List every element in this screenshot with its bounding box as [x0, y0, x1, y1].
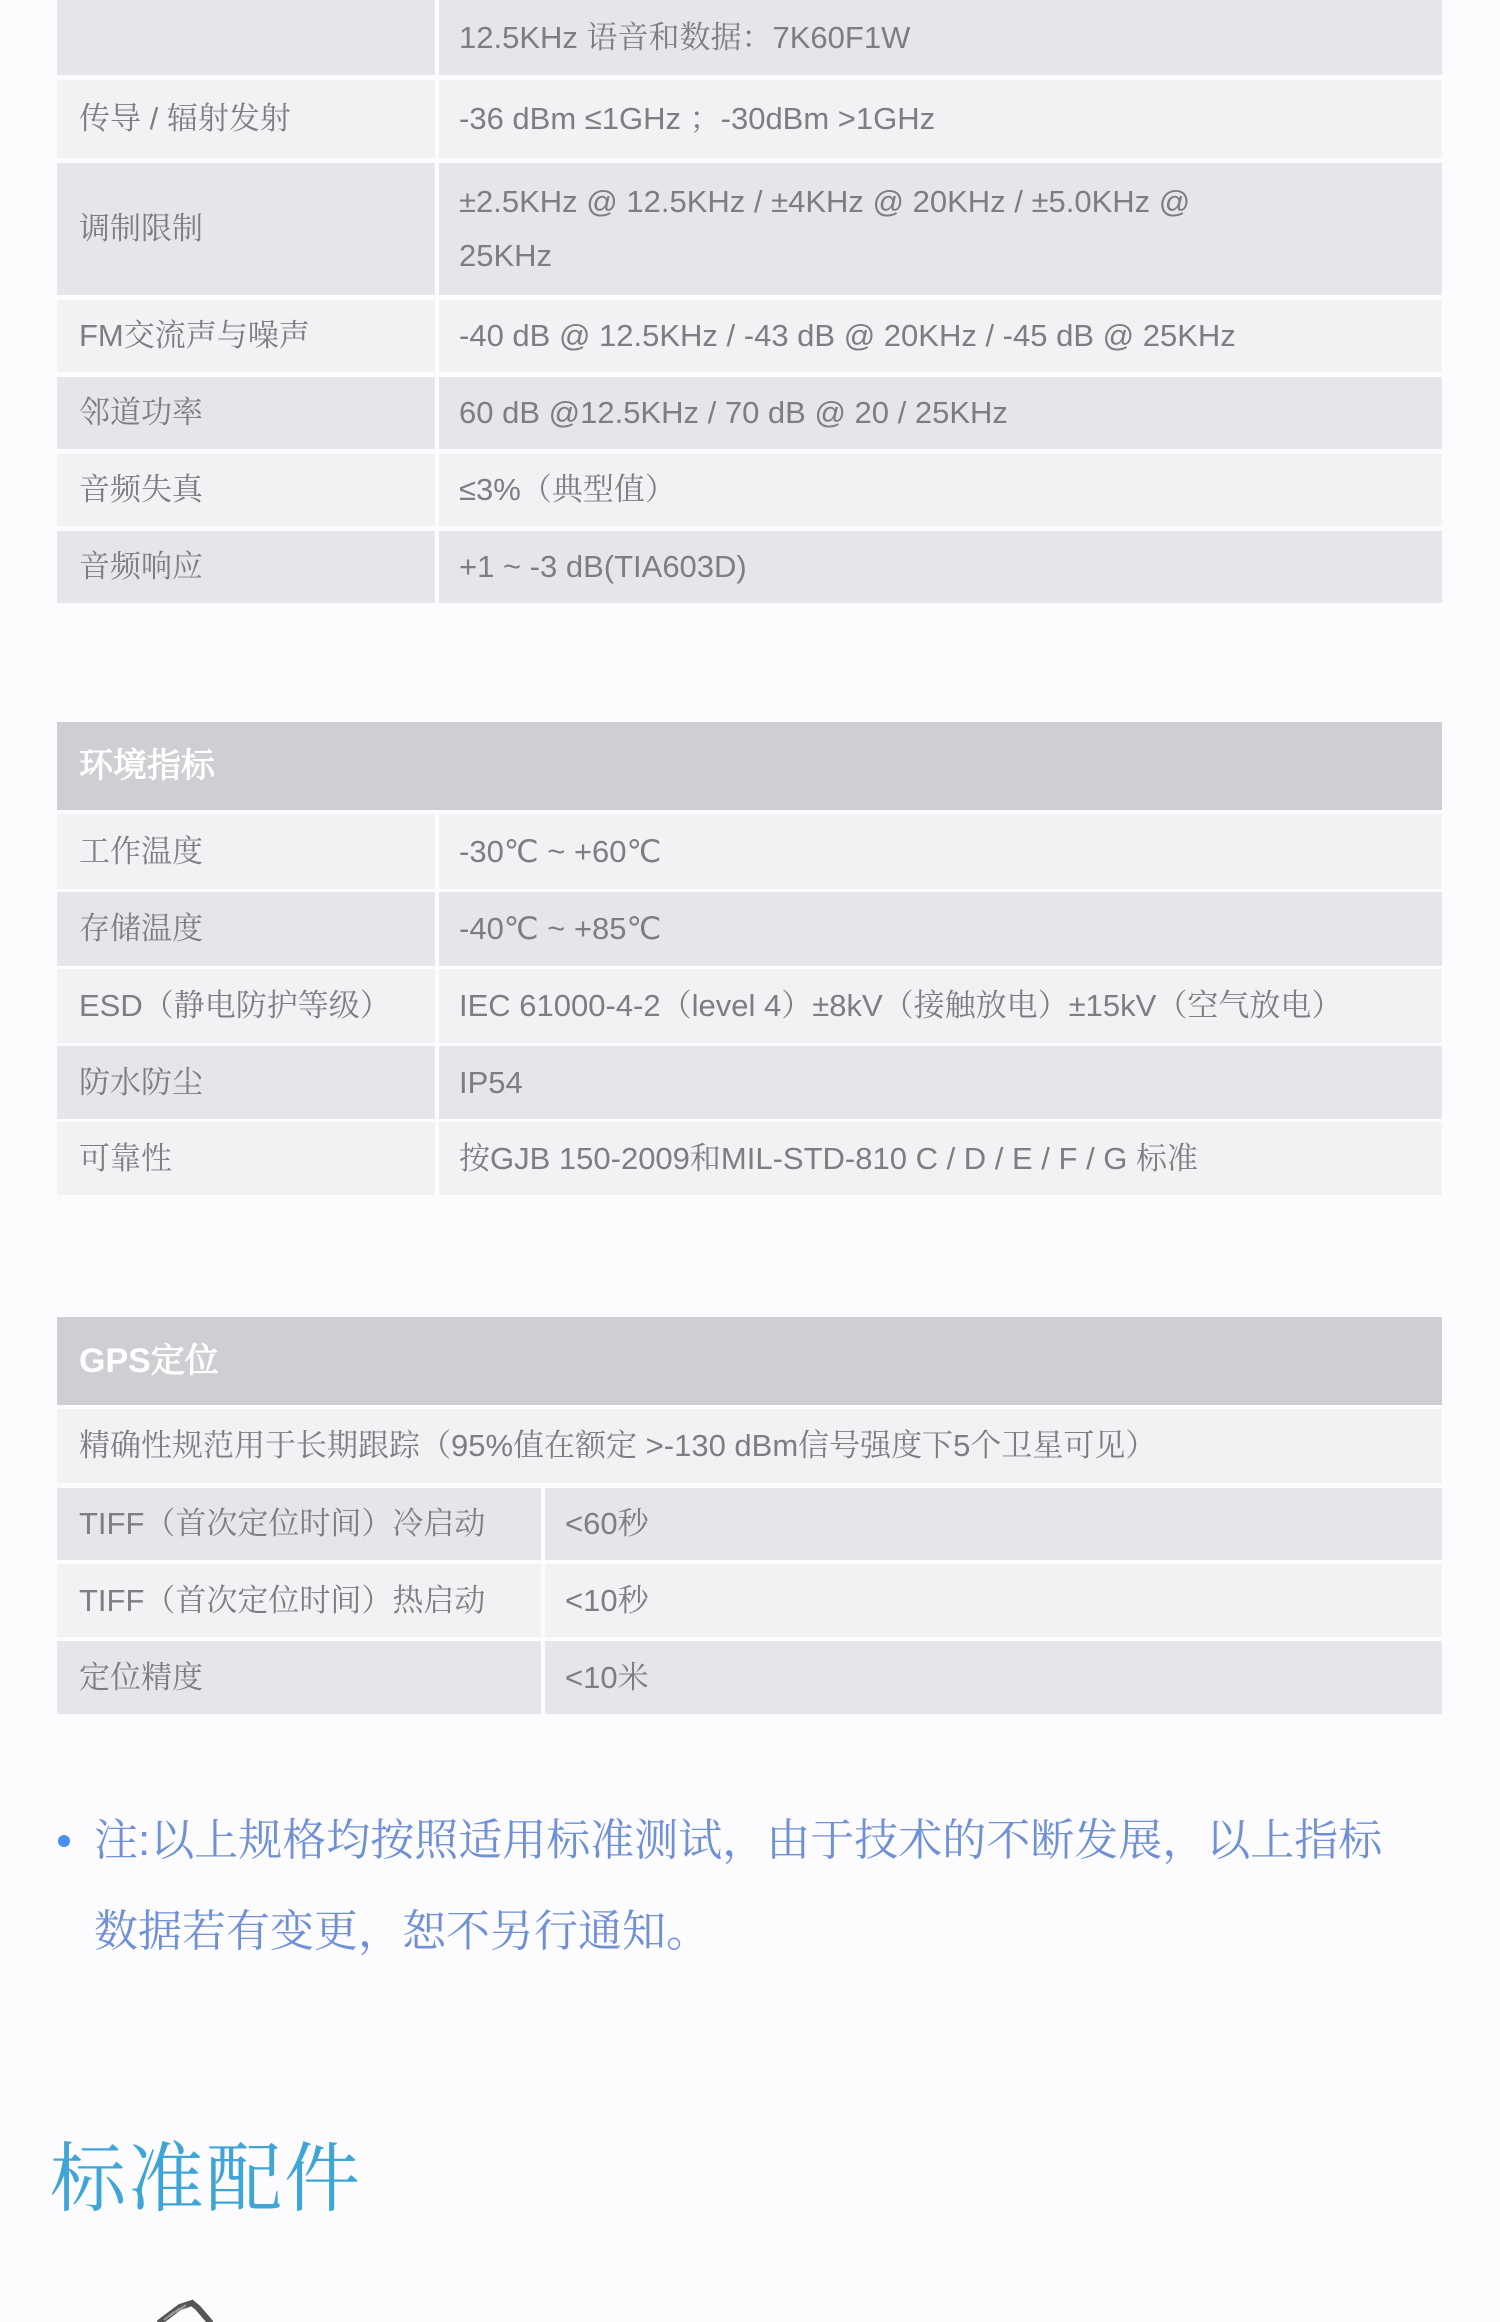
- table-row: 调制限制 ±2.5KHz @ 12.5KHz / ±4KHz @ 20KHz /…: [57, 163, 1442, 295]
- table-row: TIFF（首次定位时间）冷启动 <60秒: [57, 1488, 1442, 1560]
- rf-spec-table: 12.5KHz 语音和数据：7K60F1W 传导 / 辐射发射 -36 dBm …: [57, 0, 1442, 608]
- table-row: 可靠性 按GJB 150-2009和MIL-STD-810 C / D / E …: [57, 1122, 1442, 1195]
- row-value: IEC 61000-4-2（level 4）±8kV（接触放电）±15kV（空气…: [439, 969, 1442, 1043]
- row-value: ±2.5KHz @ 12.5KHz / ±4KHz @ 20KHz / ±5.0…: [439, 163, 1442, 295]
- accessory-antenna-image: [140, 2295, 250, 2322]
- row-value: 60 dB @12.5KHz / 70 dB @ 20 / 25KHz: [439, 377, 1442, 449]
- row-label: FM交流声与噪声: [57, 300, 435, 372]
- row-value: -40℃ ~ +85℃: [439, 892, 1442, 966]
- note-line-2: 数据若有变更，恕不另行通知。: [94, 1886, 1382, 1977]
- table-row: 12.5KHz 语音和数据：7K60F1W: [57, 0, 1442, 75]
- row-label: 防水防尘: [57, 1046, 435, 1119]
- row-value: IP54: [439, 1046, 1442, 1119]
- environment-spec-table: 环境指标 工作温度 -30℃ ~ +60℃ 存储温度 -40℃ ~ +85℃ E…: [57, 722, 1442, 1195]
- row-value: ≤3%（典型值）: [439, 454, 1442, 526]
- table-row: 传导 / 辐射发射 -36 dBm ≤1GHz ；-30dBm >1GHz: [57, 80, 1442, 158]
- row-label: 邻道功率: [57, 377, 435, 449]
- row-value: -40 dB @ 12.5KHz / -43 dB @ 20KHz / -45 …: [439, 300, 1442, 372]
- row-label: 音频失真: [57, 454, 435, 526]
- row-label: 定位精度: [57, 1641, 541, 1714]
- row-value: <10秒: [545, 1564, 1442, 1637]
- table-row: 工作温度 -30℃ ~ +60℃: [57, 814, 1442, 889]
- row-value: +1 ~ -3 dB(TIA603D): [439, 531, 1442, 603]
- row-value: 12.5KHz 语音和数据：7K60F1W: [439, 0, 1442, 75]
- row-value: <60秒: [545, 1488, 1442, 1560]
- table-row: 定位精度 <10米: [57, 1641, 1442, 1714]
- table-row: 存储温度 -40℃ ~ +85℃: [57, 892, 1442, 966]
- gps-spec-table: GPS定位 精确性规范用于长期跟踪（95%值在额定 >-130 dBm信号强度下…: [57, 1317, 1442, 1714]
- row-label: 工作温度: [57, 814, 435, 889]
- row-label: 传导 / 辐射发射: [57, 80, 435, 158]
- row-value: -36 dBm ≤1GHz ；-30dBm >1GHz: [439, 80, 1442, 158]
- row-label: ESD（静电防护等级）: [57, 969, 435, 1043]
- table-row: ESD（静电防护等级） IEC 61000-4-2（level 4）±8kV（接…: [57, 969, 1442, 1043]
- table-row: 音频响应 +1 ~ -3 dB(TIA603D): [57, 531, 1442, 603]
- row-label: TIFF（首次定位时间）热启动: [57, 1564, 541, 1637]
- row-full-width-text: 精确性规范用于长期跟踪（95%值在额定 >-130 dBm信号强度下5个卫星可见…: [57, 1409, 1442, 1483]
- row-value: <10米: [545, 1641, 1442, 1714]
- table-row: FM交流声与噪声 -40 dB @ 12.5KHz / -43 dB @ 20K…: [57, 300, 1442, 372]
- section-title: 环境指标: [57, 722, 1442, 810]
- row-label: TIFF（首次定位时间）冷启动: [57, 1488, 541, 1560]
- section-heading-standard-accessories: 标准配件: [50, 2118, 362, 2227]
- disclaimer-note: 注:以上规格均按照适用标准测试，由于技术的不断发展，以上指标 数据若有变更，恕不…: [50, 1795, 1450, 1977]
- row-label: 音频响应: [57, 531, 435, 603]
- table-row: 防水防尘 IP54: [57, 1046, 1442, 1119]
- row-label: 调制限制: [57, 163, 435, 295]
- table-row: 精确性规范用于长期跟踪（95%值在额定 >-130 dBm信号强度下5个卫星可见…: [57, 1409, 1442, 1483]
- row-label: 可靠性: [57, 1122, 435, 1195]
- row-label: 存储温度: [57, 892, 435, 966]
- note-line-1: 注:以上规格均按照适用标准测试，由于技术的不断发展，以上指标: [94, 1795, 1382, 1886]
- note-text: 注:以上规格均按照适用标准测试，由于技术的不断发展，以上指标 数据若有变更，恕不…: [94, 1795, 1382, 1977]
- section-title: GPS定位: [57, 1317, 1442, 1405]
- row-value: 按GJB 150-2009和MIL-STD-810 C / D / E / F …: [439, 1122, 1442, 1195]
- table-row: 音频失真 ≤3%（典型值）: [57, 454, 1442, 526]
- row-value: -30℃ ~ +60℃: [439, 814, 1442, 889]
- table-row: TIFF（首次定位时间）热启动 <10秒: [57, 1564, 1442, 1637]
- bullet-dot-icon: [58, 1835, 70, 1847]
- table-row: 邻道功率 60 dB @12.5KHz / 70 dB @ 20 / 25KHz: [57, 377, 1442, 449]
- row-label: [57, 0, 435, 75]
